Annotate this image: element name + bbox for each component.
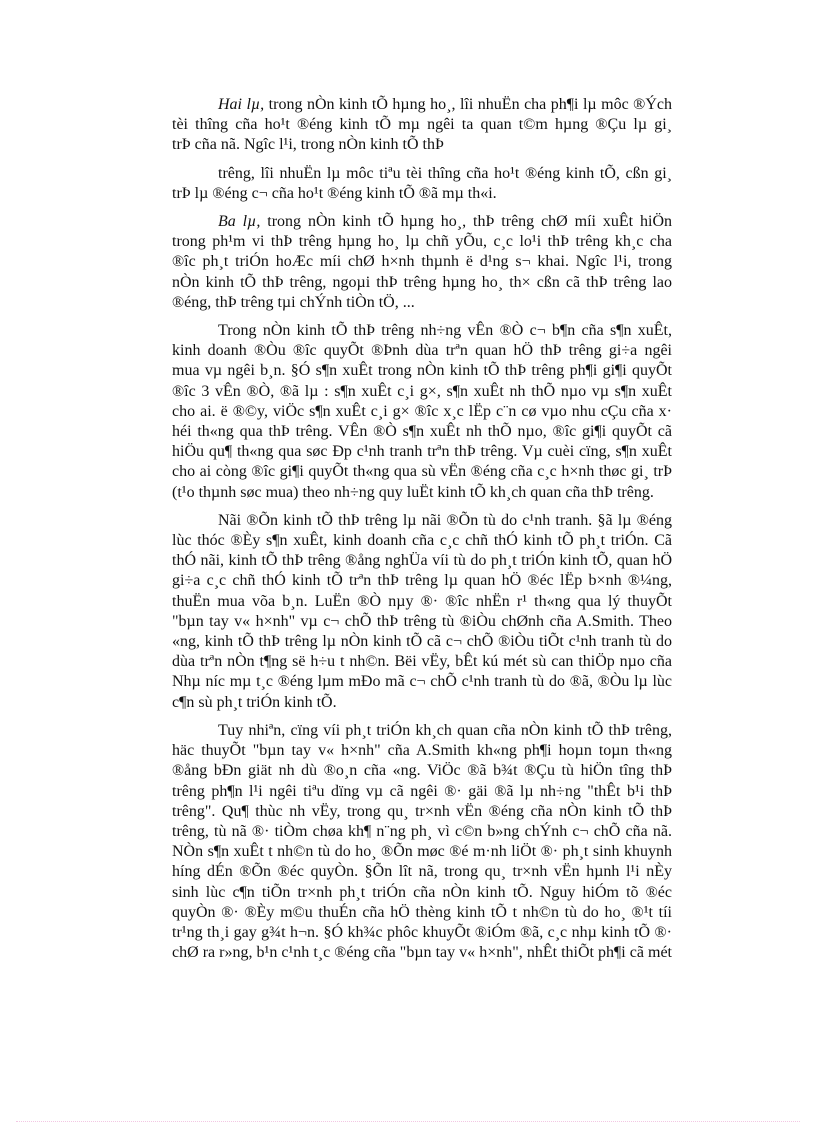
text-line: héi th«ng qua thÞ tr­êng. VÊn ®Ò s¶n xuÊ… [172, 422, 672, 442]
paragraph-lead: Hai lµ, [218, 96, 264, 113]
text-line: tr­êng". Qu¶ thùc nh­ vËy, trong qu¸ tr×… [172, 802, 672, 822]
text-line: lùc thóc ®Èy s¶n xuÊt, kinh doanh cña c¸… [172, 531, 672, 551]
text-line: tèi th­îng cña ho¹t ®éng kinh tÕ mµ ng­ê… [172, 115, 672, 135]
text-line: ®ång bÐn giät nh­ dù ®o¸n cña «ng. ViÖc … [172, 761, 672, 781]
text-line: tr¹ng th¸i gay g¾t h¬n. §Ó kh¾c phôc khu… [172, 923, 672, 943]
paragraph-market-economy-issues: Trong nÒn kinh tÕ thÞ tr­êng nh÷ng vÊn ®… [172, 321, 672, 503]
text-line: trÞ lµ ®éng c¬ cña ho¹t ®éng kinh tÕ ®ã … [172, 184, 672, 204]
text-line: cho ai còng ®­îc gi¶i quyÕt th«ng qua sù… [172, 462, 672, 482]
text-line: kinh doanh ®Òu ®­îc quyÕt ®Þnh dùa trªn … [172, 341, 672, 361]
text-line: "bµn tay v« h×nh" vµ c¬ chÕ thÞ tr­êng t… [172, 612, 672, 632]
text-line: gi÷a c¸c chñ thÓ kinh tÕ trªn thÞ tr­êng… [172, 571, 672, 591]
text-line: mua vµ ng­êi b¸n. §Ó s¶n xuÊt trong nÒn … [172, 361, 672, 381]
text-line: ®éng, thÞ tr­êng tµi chÝnh tiÒn tÖ, ... [172, 293, 672, 313]
text-line: dùa trªn nÒn t¶ng së h÷u t­ nh©n. Bëi vË… [172, 652, 672, 672]
text-line: ®­îc ph¸t triÓn hoÆc míi chØ h×nh thµnh … [172, 252, 672, 272]
text-line: häc thuyÕt "bµn tay v« h×nh" cña A.Smith… [172, 741, 672, 761]
paragraph-free-competition: Nãi ®Õn kinh tÕ thÞ tr­êng lµ nãi ®Õn tù… [172, 511, 672, 713]
document-page: Hai lµ, trong nÒn kinh tÕ hµng ho¸, lîi … [0, 0, 816, 1123]
text-line: ®­îc 3 vÊn ®Ò, ®ã lµ : s¶n xuÊt c¸i g×, … [172, 382, 672, 402]
text-line: tr­êng ph¶n l¹i ng­êi tiªu dïng vµ cã ng… [172, 782, 672, 802]
text-line: cho ai. ë ®©y, viÖc s¶n xuÊt c¸i g× ®­îc… [172, 402, 672, 422]
text-line: Hai lµ, trong nÒn kinh tÕ hµng ho¸, lîi … [172, 95, 672, 115]
paragraph-lead: Ba lµ, [218, 213, 260, 230]
page-bottom-border [16, 1121, 800, 1122]
text-line: Nhµ n­íc mµ t¸c ®éng lµm mÐo mã c¬ chÕ c… [172, 672, 672, 692]
text-line: trÞ cña nã. Ng­îc l¹i, trong nÒn kinh tÕ… [172, 135, 672, 155]
text-line: NÒn s¶n xuÊt t­ nh©n tù do ho¸ ®Õn møc ®… [172, 842, 672, 862]
text-line: chØ ra r»ng, b¹n c¹nh t¸c ®éng cña "bµn … [172, 943, 672, 963]
text-line: thÓ nãi, kinh tÕ thÞ tr­êng ®ång nghÜa v… [172, 551, 672, 571]
paragraph-continuation: tr­êng, lîi nhuËn lµ môc tiªu tèi th­îng… [172, 164, 672, 204]
text-line: h­íng dÉn ®Õn ®éc quyÒn. §Õn l­ît nã, tr… [172, 862, 672, 882]
text-line: hiÖu qu¶ th«ng qua søc Ðp c¹nh tranh trª… [172, 442, 672, 462]
text-line: tr­êng, lîi nhuËn lµ môc tiªu tèi th­îng… [172, 164, 672, 184]
paragraph-hai-la: Hai lµ, trong nÒn kinh tÕ hµng ho¸, lîi … [172, 95, 672, 156]
text-line: «ng, kinh tÕ thÞ tr­êng lµ nÒn kinh tÕ c… [172, 632, 672, 652]
text-line: nÒn kinh tÕ thÞ tr­êng, ngoµi thÞ tr­êng… [172, 273, 672, 293]
text-line: Ba lµ, trong nÒn kinh tÕ hµng ho¸, thÞ t… [172, 212, 672, 232]
text-line: thuËn mua võa b¸n. LuËn ®Ò nµy ®· ®­îc n… [172, 592, 672, 612]
paragraph-ba-la: Ba lµ, trong nÒn kinh tÕ hµng ho¸, thÞ t… [172, 212, 672, 313]
document-body: Hai lµ, trong nÒn kinh tÕ hµng ho¸, lîi … [172, 95, 672, 971]
text-line: Tuy nhiªn, cïng víi ph¸t triÓn kh¸ch qua… [172, 721, 672, 741]
paragraph-invisible-hand: Tuy nhiªn, cïng víi ph¸t triÓn kh¸ch qua… [172, 721, 672, 963]
text-line: tr­êng, tù nã ®· tiÒm chøa kh¶ n¨ng ph¸ … [172, 822, 672, 842]
text-line: c¶n sù ph¸t triÓn kinh tÕ. [172, 693, 672, 713]
text-line: quyÒn ®· ®Èy m©u thuÉn cña hÖ thèng kinh… [172, 903, 672, 923]
text-line: trong ph¹m vi thÞ tr­êng hµng ho¸ lµ chñ… [172, 232, 672, 252]
text-line: sinh lùc c¶n tiÕn tr×nh ph¸t triÓn cña n… [172, 883, 672, 903]
text-line: (t¹o thµnh søc mua) theo nh÷ng quy luËt … [172, 483, 672, 503]
text-line: Trong nÒn kinh tÕ thÞ tr­êng nh÷ng vÊn ®… [172, 321, 672, 341]
text-line: Nãi ®Õn kinh tÕ thÞ tr­êng lµ nãi ®Õn tù… [172, 511, 672, 531]
